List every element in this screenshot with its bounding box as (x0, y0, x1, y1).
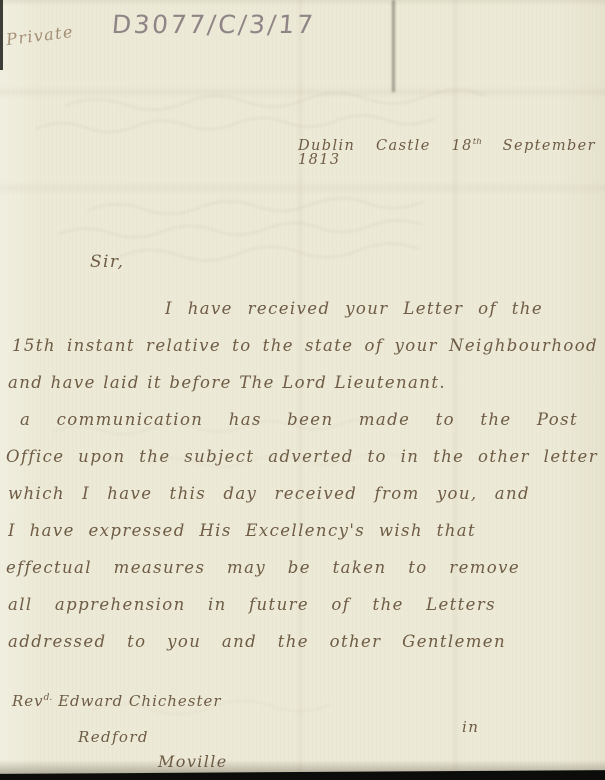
body-line: I have expressed His Excellency's wish t… (8, 523, 476, 549)
private-annotation: Private (5, 22, 75, 49)
archive-reference: D3077/C/3/17 (111, 10, 317, 39)
addressee-title-sup: d. (44, 693, 53, 703)
paper-sheet: Private D3077/C/3/17 Dublin Castle 18th … (0, 0, 605, 780)
addressee-townland: Redford (78, 728, 149, 746)
body-line: addressed to you and the other Gentlemen (8, 634, 506, 660)
paper-crease (392, 0, 395, 92)
salutation: Sir, (90, 252, 124, 272)
body-line: effectual measures may be taken to remov… (6, 560, 520, 586)
addressee-title: Rev (12, 692, 44, 710)
body-line: and have laid it before The Lord Lieuten… (8, 375, 446, 401)
body-line: Office upon the subject adverted to in t… (6, 449, 598, 475)
dateline-ordinal: th (473, 138, 482, 147)
catchword: in (462, 718, 479, 736)
scan-edge-left (0, 0, 3, 70)
dateline: Dublin Castle 18th September 1813 (298, 138, 596, 164)
letter-scan: Private D3077/C/3/17 Dublin Castle 18th … (0, 0, 605, 780)
addressee-name: Revd. Edward Chichester (12, 692, 222, 710)
body-line: all apprehension in future of the Letter… (8, 597, 496, 623)
body-line: which I have this day received from you,… (8, 486, 530, 512)
addressee-fullname: Edward Chichester (58, 692, 222, 710)
body-line: 15th instant relative to the state of yo… (12, 338, 598, 364)
body-line: a communication has been made to the Pos… (20, 412, 578, 438)
dateline-day: 18th (451, 138, 481, 154)
body-line: I have received your Letter of the (165, 301, 543, 327)
